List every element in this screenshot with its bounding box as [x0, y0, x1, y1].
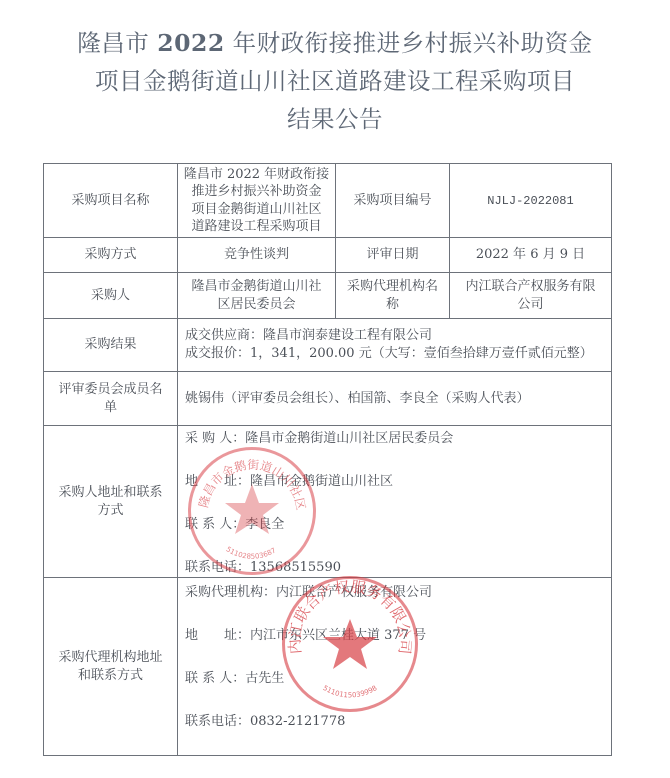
purchaser-contact-person: 联 系 人：李良全	[185, 516, 607, 534]
agency-name-label: 采购代理机构名 称	[336, 273, 450, 319]
row-agency-contact: 采购代理机构地址 和联系方式 采购代理机构：内江联合产权服务有限公司 地 址：内…	[44, 578, 612, 756]
review-date-value: 2022 年 6 月 9 日	[450, 238, 612, 273]
title-line-1: 隆昌市 2022 年财政衔接推进乡村振兴补助资金	[0, 24, 670, 62]
method-label: 采购方式	[44, 238, 178, 273]
review-date-label: 评审日期	[336, 238, 450, 273]
result-price: 成交报价：1，341，200.00 元（大写：壹佰叁拾肆万壹仟贰佰元整）	[185, 345, 607, 363]
purchaser-contact-label: 采购人地址和联系 方式	[44, 426, 178, 578]
purchaser-label: 采购人	[44, 273, 178, 319]
row-result: 采购结果 成交供应商：隆昌市润泰建设工程有限公司 成交报价：1，341，200.…	[44, 319, 612, 372]
result-label: 采购结果	[44, 319, 178, 372]
result-value: 成交供应商：隆昌市润泰建设工程有限公司 成交报价：1，341，200.00 元（…	[178, 319, 612, 372]
agency-contact-person: 联 系 人：古先生	[185, 670, 607, 688]
row-method: 采购方式 竞争性谈判 评审日期 2022 年 6 月 9 日	[44, 238, 612, 273]
agency-contact-phone: 联系电话：0832-2121778	[185, 713, 607, 731]
committee-label: 评审委员会成员名 单	[44, 372, 178, 426]
method-value: 竞争性谈判	[178, 238, 336, 273]
project-number-value: NJLJ-2022081	[450, 164, 612, 238]
committee-value: 姚锡伟（评审委员会组长）、柏国箭、李良全（采购人代表）	[178, 372, 612, 426]
agency-contact-value: 采购代理机构：内江联合产权服务有限公司 地 址：内江市东兴区兰桂大道 377 号…	[178, 578, 612, 756]
agency-contact-label: 采购代理机构地址 和联系方式	[44, 578, 178, 756]
purchaser-contact-address: 地 址：隆昌市金鹅街道山川社区	[185, 473, 607, 491]
purchaser-contact-phone: 联系电话：13568515590	[185, 559, 607, 577]
row-purchaser: 采购人 隆昌市金鹅街道山川社 区居民委员会 采购代理机构名 称 内江联合产权服务…	[44, 273, 612, 319]
agency-contact-address: 地 址：内江市东兴区兰桂大道 377 号	[185, 627, 607, 645]
purchaser-contact-name: 采 购 人：隆昌市金鹅街道山川社区居民委员会	[185, 430, 607, 448]
project-name-value: 隆昌市 2022 年财政衔接 推进乡村振兴补助资金 项目金鹅街道山川社区 道路建…	[178, 164, 336, 238]
agency-name-value: 内江联合产权服务有限 公司	[450, 273, 612, 319]
row-committee: 评审委员会成员名 单 姚锡伟（评审委员会组长）、柏国箭、李良全（采购人代表）	[44, 372, 612, 426]
result-supplier: 成交供应商：隆昌市润泰建设工程有限公司	[185, 327, 607, 345]
title-line-3: 结果公告	[0, 100, 670, 138]
project-name-label: 采购项目名称	[44, 164, 178, 238]
purchaser-value: 隆昌市金鹅街道山川社 区居民委员会	[178, 273, 336, 319]
document-title: 隆昌市 2022 年财政衔接推进乡村振兴补助资金 项目金鹅街道山川社区道路建设工…	[0, 24, 670, 138]
agency-contact-name: 采购代理机构：内江联合产权服务有限公司	[185, 584, 607, 602]
result-table: 采购项目名称 隆昌市 2022 年财政衔接 推进乡村振兴补助资金 项目金鹅街道山…	[43, 163, 612, 756]
row-project-name: 采购项目名称 隆昌市 2022 年财政衔接 推进乡村振兴补助资金 项目金鹅街道山…	[44, 164, 612, 238]
purchaser-contact-value: 采 购 人：隆昌市金鹅街道山川社区居民委员会 地 址：隆昌市金鹅街道山川社区 联…	[178, 426, 612, 578]
row-purchaser-contact: 采购人地址和联系 方式 采 购 人：隆昌市金鹅街道山川社区居民委员会 地 址：隆…	[44, 426, 612, 578]
project-number-label: 采购项目编号	[336, 164, 450, 238]
title-line-2: 项目金鹅街道山川社区道路建设工程采购项目	[0, 62, 670, 100]
